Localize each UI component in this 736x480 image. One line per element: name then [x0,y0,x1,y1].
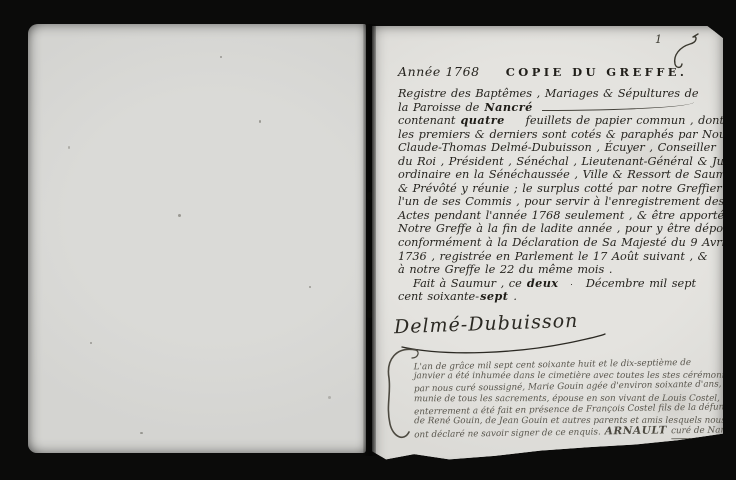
print-line: cent soixante- sept . [398,290,696,304]
priest-title-underlined: curé de Nantré [671,425,736,439]
handwritten-fill-year: sept [480,290,508,304]
signature-flourish-icon [398,331,608,361]
manuscript-line-signature: ont déclaré ne savoir signer de ce enqui… [414,425,710,444]
priest-signature: ARNAULT [605,426,667,438]
foxing-spot [178,214,181,217]
print-line: Notre Greffe à la fin de ladite année , … [398,222,696,236]
foxing-spot [328,396,331,399]
print-text: contenant [398,114,455,128]
document-title: COPIE DU GREFFE. [506,65,688,79]
handwritten-fill-day: deux [527,277,559,291]
print-line: & Prévôté y réunie ; le surplus cotté pa… [398,182,696,196]
print-line: du Roi , Président , Sénéchal , Lieutena… [398,155,696,169]
left-page-blank [28,24,366,453]
print-text: . [513,290,517,304]
print-text: Décembre mil sept [586,277,696,291]
print-line: l'un de ses Commis , pour servir à l'enr… [398,195,696,209]
foxing-spot [90,342,92,344]
print-text: cent soixante- [398,290,479,304]
manuscript-text: ont déclaré ne savoir signer de ce enqui… [414,428,601,442]
archival-scan-backdrop: 1 Année 1768 COPIE DU GREFFE. Registre d… [0,0,736,480]
print-line: 1736 , registrée en Parlement le 17 Août… [398,250,696,264]
print-line: la Paroisse de Nancré [398,101,696,115]
foxing-spot [140,432,143,434]
handwritten-fill-count: quatre [460,114,504,128]
print-line: Claude-Thomas Delmé-Dubuisson , Écuyer ,… [398,141,696,155]
print-line-dateline: Fait à Saumur , ce deux Décembre mil sep… [398,277,696,291]
print-text: Fait à Saumur , ce [413,277,522,291]
print-text: la Paroisse de [398,101,479,115]
print-line: Registre des Baptêmes , Mariages & Sépul… [398,87,696,101]
burial-entry-manuscript: L'an de grâce mil sept cent soixante hui… [414,359,711,442]
foxing-spot [309,286,311,288]
print-line: conformément à la Déclaration de Sa Maje… [398,236,696,250]
foxing-spot [220,56,222,58]
binding-stitch [367,192,372,200]
page-number: 1 [655,33,662,46]
print-line: contenant quatre feuillets de papier com… [398,114,696,128]
book-gutter [363,24,376,456]
print-line: les premiers & derniers sont cotés & par… [398,128,696,142]
print-text: feuillets de papier commun , dont [526,114,724,128]
print-line: Actes pendant l'année 1768 seulement , &… [398,209,696,223]
document-header: Année 1768 COPIE DU GREFFE. [398,64,702,79]
foxing-spot [259,120,261,123]
printed-certification: Registre des Baptêmes , Mariages & Sépul… [398,87,696,304]
print-line: à notre Greffe le 22 du même mois . [398,263,696,277]
print-line: ordinaire en la Sénéchaussée , Ville & R… [398,168,696,182]
right-page: 1 Année 1768 COPIE DU GREFFE. Registre d… [372,26,723,462]
foxing-spot [68,146,70,149]
year-label: Année 1768 [398,64,480,79]
handwritten-fill-parish: Nancré [484,101,532,115]
blank-rule-line [542,102,694,111]
binding-stitch [367,310,372,318]
